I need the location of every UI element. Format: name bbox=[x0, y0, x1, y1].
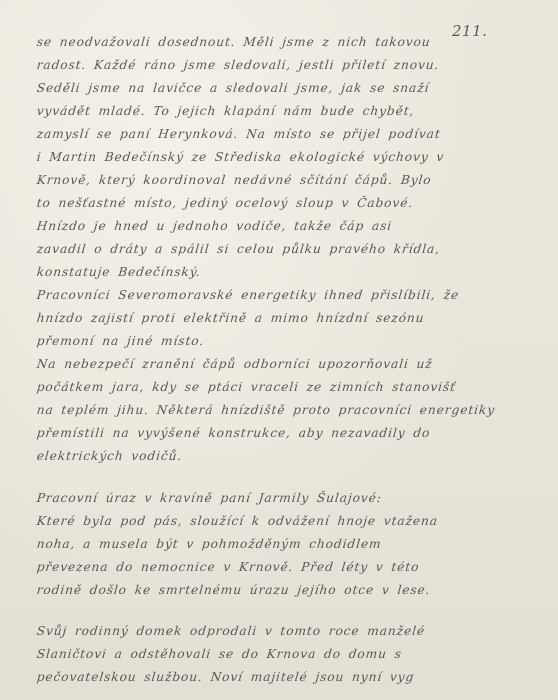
text-line: přemístili na vyvýšené konstrukce, aby n… bbox=[36, 426, 431, 440]
text-line: Hnízdo je hned u jednoho vodiče, takže č… bbox=[36, 219, 393, 233]
text-line: i Martin Bedečínský ze Střediska ekologi… bbox=[36, 150, 445, 164]
text-line: převezena do nemocnice v Krnově. Před lé… bbox=[36, 560, 420, 574]
text-line: pečovatelskou službou. Noví majitelé jso… bbox=[36, 670, 415, 684]
text-line: přemoní na jiné místo. bbox=[36, 334, 205, 348]
text-line: zavadil o dráty a spálil si celou půlku … bbox=[36, 242, 441, 256]
text-line: noha, a musela být v pohmožděným chodidl… bbox=[36, 537, 382, 551]
page-number: 211. bbox=[452, 22, 487, 40]
text-line: hnízdo zajistí proti elektřině a mimo hn… bbox=[36, 311, 425, 325]
text-line: Pracovní úraz v kravíně paní Jarmily Šul… bbox=[36, 491, 382, 505]
text-line: počátkem jara, kdy se ptáci vraceli ze z… bbox=[36, 380, 457, 394]
text-line: Které byla pod pás, sloužící k odvážení … bbox=[36, 514, 439, 528]
text-line: vyvádět mladé. To jejich klapání nám bud… bbox=[36, 104, 415, 118]
text-line: zamyslí se paní Herynková. Na místo se p… bbox=[36, 127, 441, 141]
text-line: rodině došlo ke smrtelnému úrazu jejího … bbox=[36, 583, 431, 597]
text-line: Slaničtovi a odstěhovali se do Krnova do… bbox=[36, 647, 403, 661]
text-line: Krnově, který koordinoval nedávné sčítán… bbox=[36, 173, 432, 187]
text-line: konstatuje Bedečínský. bbox=[36, 265, 201, 279]
text-line: Pracovníci Severomoravské energetiky ihn… bbox=[36, 288, 460, 302]
text-line: se neodvažovali dosednout. Měli jsme z n… bbox=[36, 35, 431, 49]
text-line: Na nebezpečí zranění čápů odborníci upoz… bbox=[36, 357, 433, 371]
text-line: to nešťastné místo, jediný ocelový sloup… bbox=[36, 196, 414, 210]
text-line: Svůj rodinný domek odprodali v tomto roc… bbox=[36, 624, 426, 638]
text-line: radost. Každé ráno jsme sledovali, jestl… bbox=[36, 58, 440, 72]
handwritten-page: 211. se neodvažovali dosednout. Měli jsm… bbox=[0, 0, 558, 700]
text-line: na teplém jihu. Některá hnízdiště proto … bbox=[36, 403, 496, 417]
text-line: Seděli jsme na lavičce a sledovali jsme,… bbox=[36, 81, 430, 95]
text-line: elektrických vodičů. bbox=[36, 449, 183, 463]
